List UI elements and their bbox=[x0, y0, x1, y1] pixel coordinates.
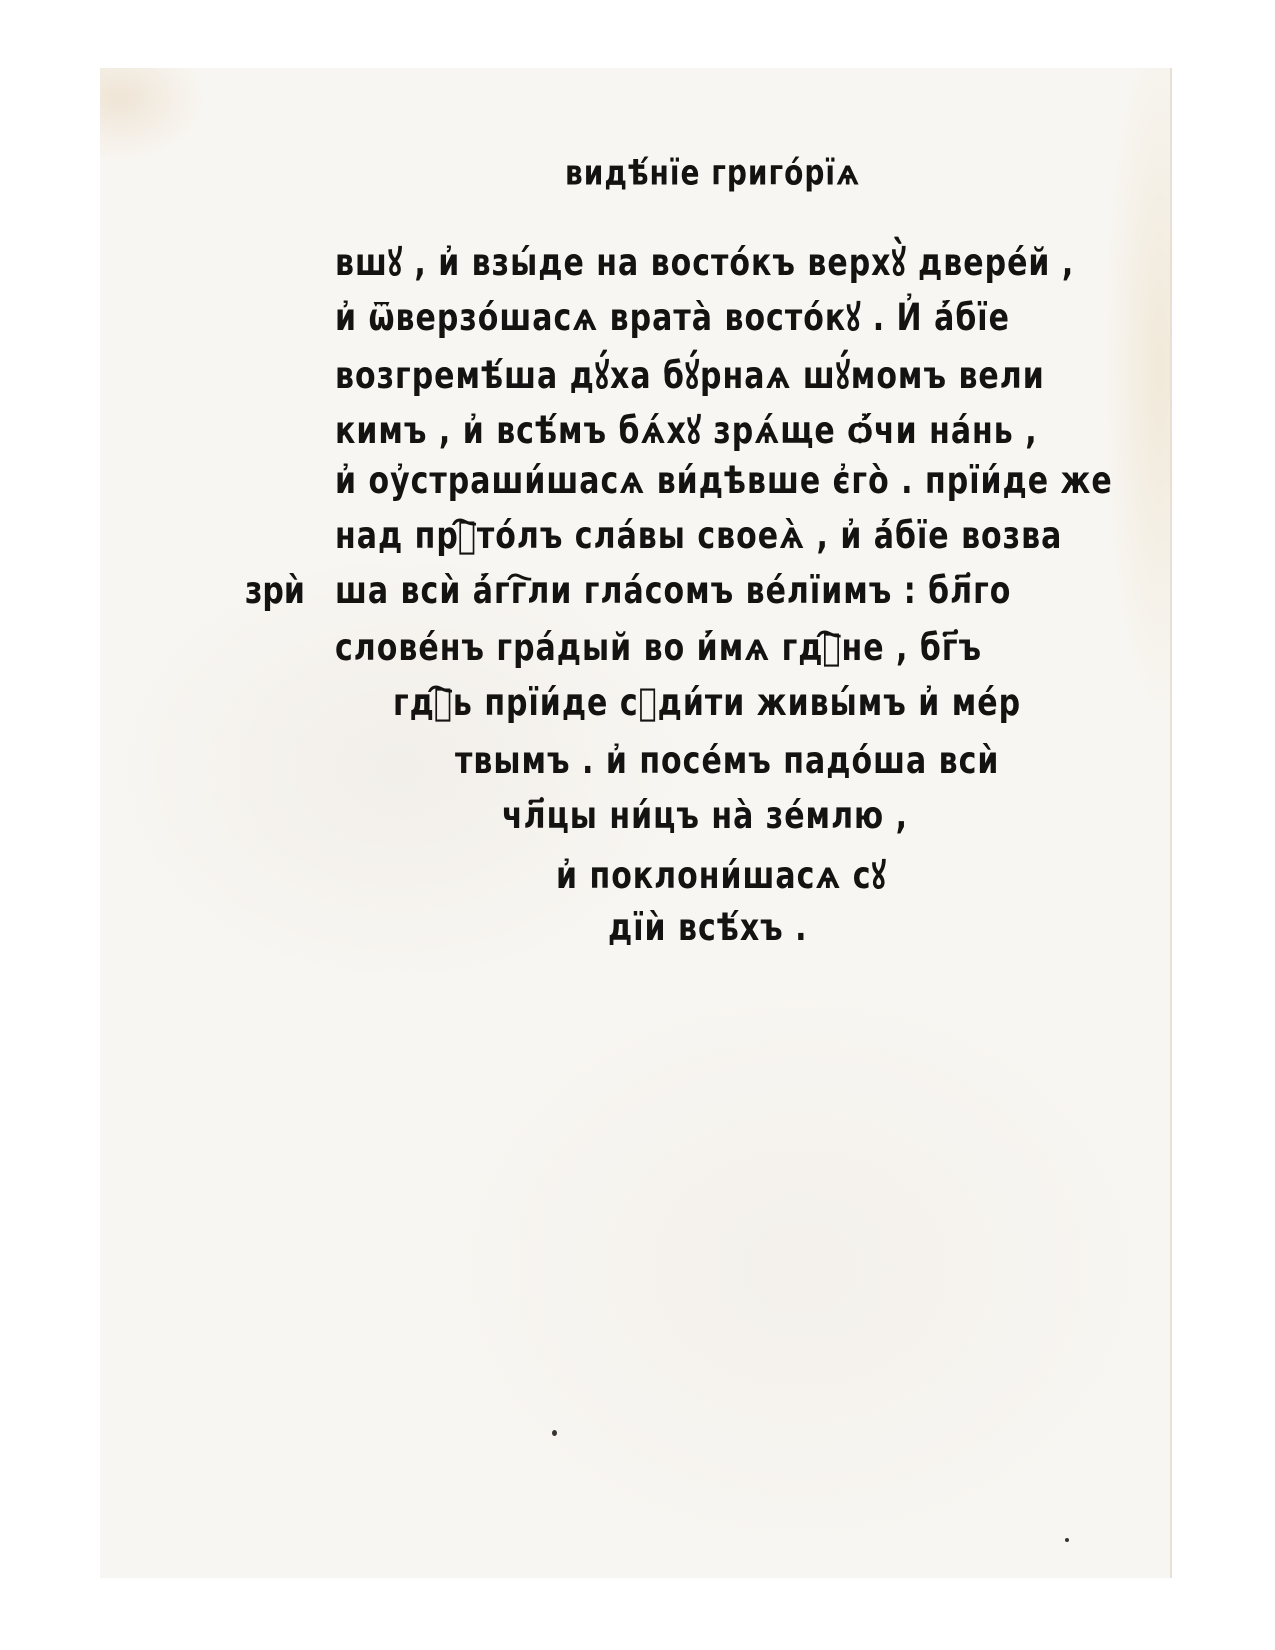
text-line-4: кимъ , и҆ всѣ́мъ бѧ́хꙋ зрѧ́ще ѻ҆́чи на́н… bbox=[335, 403, 1038, 454]
text-line-1: вшꙋ , и҆ взы́де на восто́къ верхꙋ̀ двере… bbox=[335, 235, 1074, 286]
text-line-6: над прⷭ҇то́лъ сла́вы своеѧ̀ , и҆ а҆́бїе … bbox=[335, 514, 1062, 558]
text-line-10: твымъ . и҆ посе́мъ падо́ша всѝ bbox=[455, 739, 999, 783]
page-title: видѣ́нїе григо́рїѧ bbox=[565, 152, 860, 193]
text-line-7: ша всѝ а҆́гг҇ли гла́сомъ ве́лїимъ : бл҃г… bbox=[335, 569, 1011, 613]
text-line-5: и҆ оу҆страши́шасѧ ви́дѣвше є҆го̀ . прїи́… bbox=[335, 459, 1113, 503]
text-line-8: слове́нъ гра́дый во и҆́мѧ гдⷭ҇не , бг҃ъ bbox=[335, 626, 982, 670]
margin-note: зрѝ bbox=[245, 569, 305, 613]
ink-speck bbox=[552, 1430, 557, 1436]
text-line-13: дїѝ всѣ́хъ . bbox=[608, 906, 808, 950]
text-line-12: и҆ поклони́шасѧ сꙋ bbox=[556, 848, 887, 899]
text-line-11: чл҃цы ни́цъ на̀ зе́млю , bbox=[502, 794, 908, 838]
text-line-9: гдⷭ҇ь прїи́де сꙋди́ти живы́мъ и҆ ме́р bbox=[393, 681, 1021, 725]
ink-speck bbox=[1065, 1538, 1069, 1542]
text-line-2: и҆ ѿверзо́шасѧ врата̀ восто́кꙋ . И҆ а҆́б… bbox=[335, 290, 1010, 341]
text-line-3: возгремѣ́ша дꙋ́ха бꙋ́рнаѧ шꙋ́момъ вели bbox=[335, 348, 1045, 399]
